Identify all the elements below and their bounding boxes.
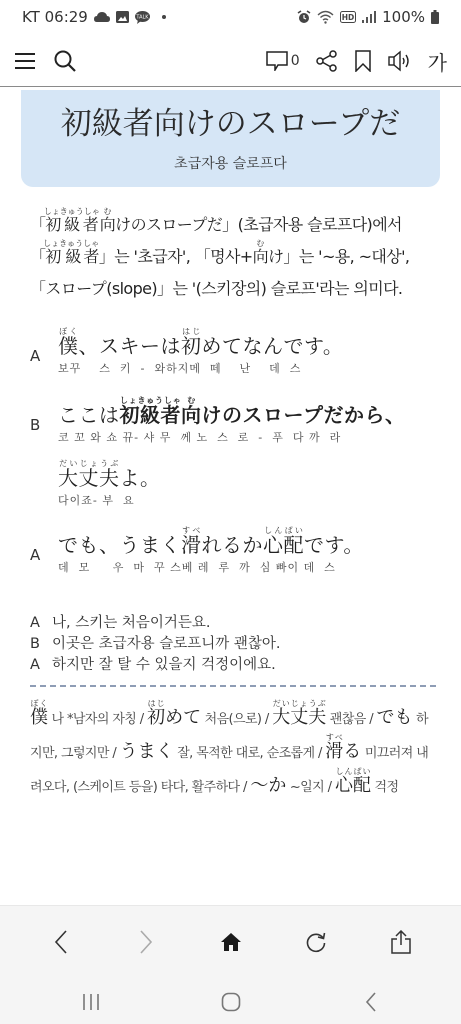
comment-icon [266, 51, 288, 71]
system-back-button[interactable] [351, 982, 391, 1022]
browser-bottom-bar [0, 905, 461, 1024]
speaker-icon [388, 50, 412, 72]
status-left: KT 06:29 TALK [22, 8, 166, 26]
korean-pronunciation: 코 꼬 와 쇼 뀨- 샤 무 께 노 스 로 - 푸 다 까 라 [58, 429, 451, 445]
home-icon [220, 932, 242, 952]
status-bar: KT 06:29 TALK HD 100% [0, 0, 461, 34]
reload-button[interactable] [296, 922, 336, 962]
share-article-button[interactable] [316, 50, 338, 72]
explanation-text: 」는 '초급자', 「명사+ [99, 247, 253, 266]
battery-icon [431, 10, 439, 24]
system-home-button[interactable] [211, 982, 251, 1022]
talk-icon: TALK [135, 11, 150, 24]
explanation-paragraph: 「初級者しょきゅうしゃ向むけのスロープだ」(초급자용 슬로프다)에서 「初級しょ… [30, 207, 439, 305]
japanese-line: 僕ぼく、スキーは初はじめてなんです。 [58, 327, 451, 357]
title-korean: 초급자용 슬로프다 [174, 153, 287, 173]
comment-button[interactable]: 0 [266, 51, 300, 71]
title-card: 初級者向けのスロープだ 초급자용 슬로프다 [21, 90, 440, 187]
recent-apps-icon [81, 993, 101, 1011]
korean-pronunciation: 다이죠- 부 요 [58, 492, 461, 508]
translation-text: 이곳은 초급자용 슬로프니까 괜찮아. [52, 634, 281, 655]
battery-percent: 100% [382, 8, 425, 26]
svg-text:HD: HD [342, 13, 355, 22]
translation-text: 하지만 잘 탈 수 있을지 걱정이에요. [52, 655, 276, 676]
signal-icon [362, 11, 376, 23]
svg-text:TALK: TALK [135, 14, 149, 20]
speaker-label: A [30, 613, 52, 634]
ruby-word: 向む [253, 247, 268, 266]
app-toolbar: 0 가 [0, 38, 461, 84]
gallery-icon [116, 11, 129, 23]
menu-icon [14, 52, 36, 70]
ruby-word: 向む [100, 215, 115, 234]
speaker-label: B [30, 634, 52, 655]
speaker-label: A [30, 655, 52, 676]
speaker-label: A [30, 327, 58, 376]
dialogue-line-continuation: 大丈夫だいじょうぶよ。 다이죠- 부 요 [58, 459, 461, 508]
font-size-button[interactable]: 가 [428, 47, 447, 76]
forward-button[interactable] [126, 922, 166, 962]
vocab-item: ～か ~일지 / [250, 780, 335, 795]
forward-icon [139, 930, 153, 954]
japanese-line: 大丈夫だいじょうぶよ。 [58, 459, 461, 489]
alarm-icon [297, 10, 311, 24]
ruby-word: 初級しょきゅう [45, 247, 83, 266]
recent-apps-button[interactable] [71, 982, 111, 1022]
toolbar-divider [0, 86, 461, 87]
share-nodes-icon [316, 50, 338, 72]
vocab-item: うまく 잘, 목적한 대로, 순조롭게 / [120, 746, 326, 761]
comment-count: 0 [291, 53, 300, 69]
wifi-icon [317, 10, 334, 24]
translation-text: 나, 스키는 처음이거든요. [52, 613, 211, 634]
status-right: HD 100% [297, 8, 439, 26]
search-button[interactable] [54, 50, 76, 72]
cloud-icon [94, 12, 110, 22]
article-content[interactable]: 初級者向けのスロープだ 초급자용 슬로프다 「初級者しょきゅうしゃ向むけのスロー… [0, 90, 461, 905]
home-button[interactable] [211, 922, 251, 962]
reload-icon [305, 931, 327, 953]
japanese-line: でも、うまく滑すべれるか心配しんぱいです。 [58, 526, 451, 556]
translation: A 나, 스키는 처음이거든요. B 이곳은 초급자용 슬로프니까 괜찮아. A… [30, 613, 439, 676]
share-button[interactable] [381, 922, 421, 962]
dot-icon [162, 15, 166, 19]
speaker-button[interactable] [388, 50, 412, 72]
back-icon [54, 930, 68, 954]
dialogue-line: A 僕ぼく、スキーは初はじめてなんです。 보꾸 스 키 - 와하지메 떼 난 데… [30, 327, 451, 376]
translation-row: B 이곳은 초급자용 슬로프니까 괜찮아. [30, 634, 439, 655]
menu-button[interactable] [14, 52, 36, 70]
ruby-word: 者しゃ [83, 247, 99, 266]
translation-row: A 하지만 잘 탈 수 있을지 걱정이에요. [30, 655, 439, 676]
vocab-item: 初はじめて 처음(으로) / [147, 712, 272, 727]
korean-pronunciation: 데 모 우 마 꾸 스베 레 루 까 심 빠이 데 스 [58, 559, 451, 575]
carrier-time: KT 06:29 [22, 8, 88, 26]
search-icon [54, 50, 76, 72]
nav-back-icon [365, 992, 377, 1012]
vocab-item: 心配しんぱい 걱정 [335, 780, 398, 795]
title-japanese: 初級者向けのスロープだ [61, 106, 400, 143]
home-circle-icon [221, 992, 241, 1012]
korean-pronunciation: 보꾸 스 키 - 와하지메 떼 난 데 스 [58, 360, 451, 376]
japanese-line: ここは初級者しょきゅうしゃ向むけのスロープだから、 [58, 396, 451, 426]
speaker-label: B [30, 396, 58, 445]
dialogue: A 僕ぼく、スキーは初はじめてなんです。 보꾸 스 키 - 와하지메 떼 난 데… [0, 327, 461, 575]
speaker-label: A [30, 526, 58, 575]
back-button[interactable] [41, 922, 81, 962]
dialogue-line: B ここは初級者しょきゅうしゃ向むけのスロープだから、 코 꼬 와 쇼 뀨- 샤… [30, 396, 451, 445]
translation-row: A 나, 스키는 처음이거든요. [30, 613, 439, 634]
ruby-word: 初級者しょきゅうしゃ [45, 215, 99, 234]
dashed-divider [30, 685, 436, 687]
hd-icon: HD [340, 11, 356, 23]
dialogue-line: A でも、うまく滑すべれるか心配しんぱいです。 데 모 우 마 꾸 스베 레 루… [30, 526, 451, 575]
vocab-item: 僕ぼく 나 *남자의 자칭 / [30, 712, 147, 727]
vocab-item: 大丈夫だいじょうぶ 괜찮음 / [272, 712, 376, 727]
share-icon [390, 930, 412, 954]
bookmark-button[interactable] [354, 50, 372, 72]
bookmark-icon [354, 50, 372, 72]
vocabulary-list: 僕ぼく 나 *남자의 자칭 / 初はじめて 처음(으로) / 大丈夫だいじょうぶ… [30, 699, 439, 804]
